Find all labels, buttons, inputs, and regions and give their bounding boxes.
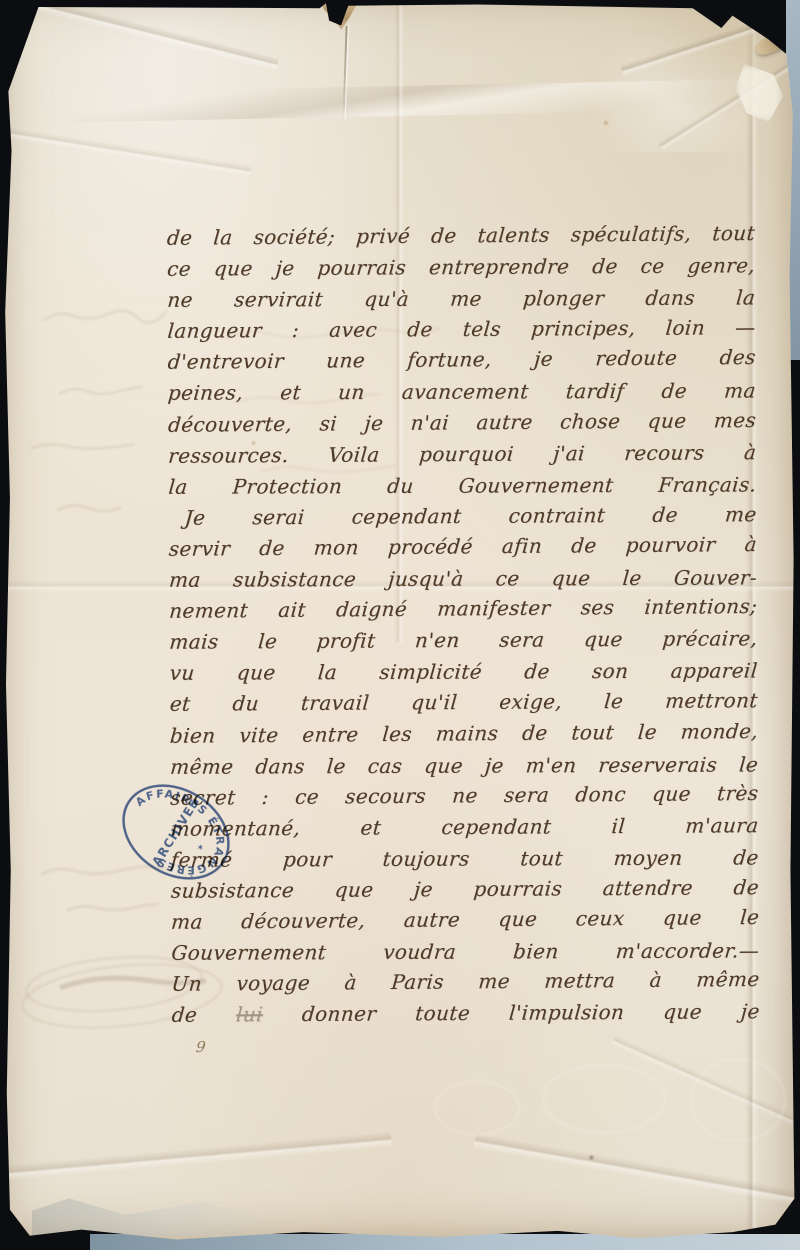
struck-word: lui — [235, 1003, 264, 1027]
letter-line: servir de mon procédé afin de pourvoir à — [168, 529, 759, 565]
letter-line: fermé pour toujours tout moyen de — [170, 842, 760, 875]
stain — [602, 120, 610, 126]
letter-body: de la société; privé de talents spéculat… — [166, 219, 759, 1031]
letter-line: nement ait daigné manifester ses intenti… — [168, 591, 759, 627]
paper-crease — [611, 1035, 800, 1152]
letter-line: de la société; privé de talents spéculat… — [166, 218, 757, 254]
tear-hole — [333, 11, 343, 19]
tear-crack — [342, 26, 347, 120]
stain — [588, 1154, 595, 1161]
page-mark: 9 — [195, 1038, 206, 1056]
tear-mark — [753, 25, 798, 59]
watermark-emboss — [434, 1080, 520, 1136]
letter-line: ne servirait qu'à me plonger dans la — [166, 283, 756, 316]
tear-mark — [320, 2, 358, 30]
letter-line: et du travail qu'il exige, le mettront — [169, 686, 760, 721]
letter-text: de — [171, 1003, 198, 1027]
paper-crease — [657, 53, 800, 152]
letter-text: donner toute l'impulsion que je — [301, 1000, 761, 1027]
letter-line: ce que je pourrais entreprendre de ce ge… — [166, 250, 757, 285]
letter-line: d'entrevoir une fortune, je redoute des — [166, 342, 757, 378]
letter-line: vu que la simplicité de son appareil — [168, 656, 758, 689]
paper-crease — [2, 78, 796, 123]
stamp-star-icon: ✶ — [195, 842, 207, 854]
watermark-emboss — [690, 1058, 786, 1142]
letter-line: même dans le cas que je m'en reserverais… — [169, 749, 759, 782]
letter-page: de la société; privé de talents spéculat… — [2, 2, 796, 1242]
letter-line: découverte, si je n'ai autre chose que m… — [167, 405, 758, 441]
letter-line-with-strikethrough: de lui donner toute l'impulsion que je — [170, 997, 761, 1032]
letter-line: secret : ce secours ne sera donc que trè… — [169, 778, 760, 814]
letter-line: peines, et un avancement tardif de ma — [167, 376, 757, 409]
letter-line: ressources. Voila pourquoi j'ai recours … — [167, 437, 758, 472]
letter-line: Un voyage à Paris me mettra à même — [170, 964, 761, 1000]
paper-crease — [620, 3, 800, 76]
letter-line: subsistance que je pourrais attendre de — [170, 872, 761, 907]
paper-flake — [735, 64, 783, 122]
letter-line: mais le profit n'en sera que précaire, — [168, 623, 759, 658]
letter-line: la Protection du Gouvernement Français. — [167, 469, 757, 502]
paper-crease — [473, 1133, 800, 1211]
paper-crumple — [592, 0, 800, 152]
paper-crease — [0, 0, 279, 71]
paper-crease — [0, 1131, 392, 1184]
paper-crease — [0, 123, 251, 177]
torn-edge — [32, 1194, 342, 1236]
letter-line: Je serai cependant contraint de me — [167, 499, 758, 534]
letter-line: ma découverte, autre que ceux que le — [170, 902, 761, 938]
watermark-emboss — [542, 1064, 666, 1134]
letter-line: bien vite entre les mains de tout le mon… — [169, 715, 760, 751]
stamp-center-text: ARCHIVES — [150, 795, 203, 868]
